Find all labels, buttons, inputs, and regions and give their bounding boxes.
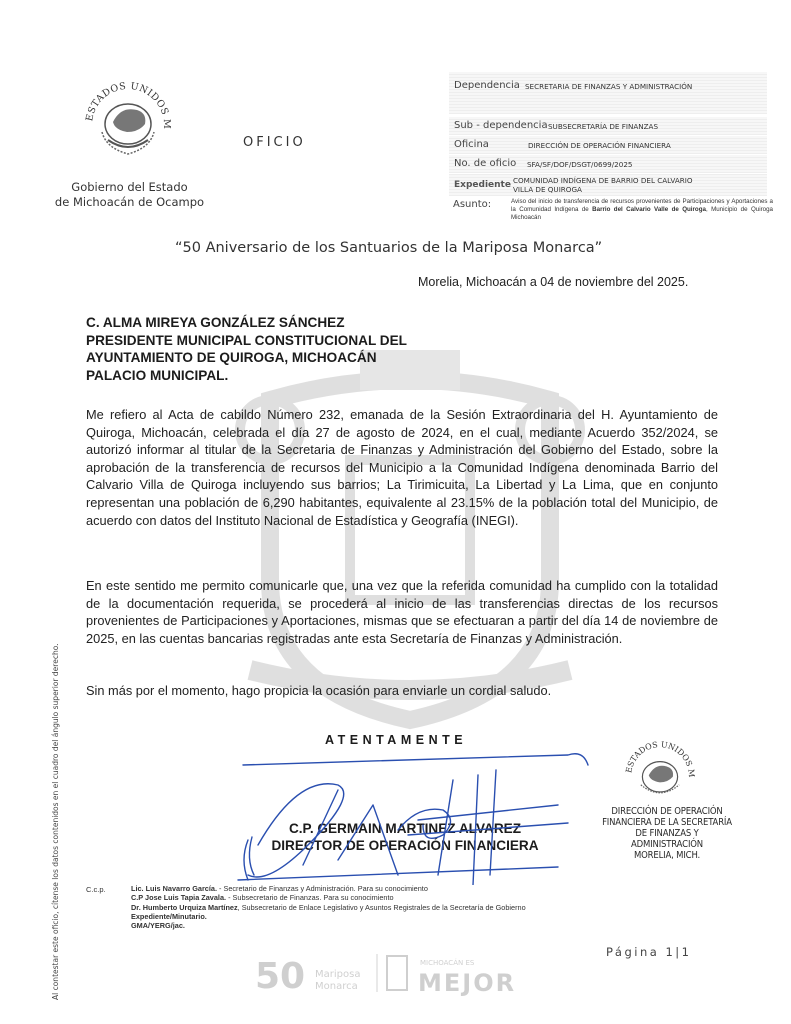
field-subdependencia: Sub - dependencia SUBSECRETARÍA DE FINAN… [449, 117, 767, 135]
dependencia-value: SECRETARIA DE FINANZAS Y ADMINISTRACIÓN [525, 82, 692, 91]
document-type: OFICIO [243, 135, 306, 150]
svg-text:MICHOACÁN ES: MICHOACÁN ES [420, 958, 475, 967]
government-name-line2: de Michoacán de Ocampo [42, 195, 217, 210]
ccp-entry: Lic. Luis Navarro García. - Secretario d… [131, 884, 526, 893]
ccp-name: Dr. Humberto Urquiza Martínez [131, 903, 238, 912]
ccp-name: GMA/YERG/jac. [131, 921, 185, 930]
oficina-value: DIRECCIÓN DE OPERACIÓN FINANCIERA [528, 141, 671, 150]
body-paragraph-3: Sin más por el momento, hago propicia la… [86, 682, 718, 700]
ccp-label: C.c.p. [86, 885, 106, 894]
field-dependencia: Dependencia SECRETARIA DE FINANZAS Y ADM… [449, 72, 767, 114]
field-oficina: Oficina DIRECCIÓN DE OPERACIÓN FINANCIER… [449, 136, 767, 154]
expediente-label: Expediente [454, 180, 511, 190]
ccp-entry: Expediente/Minutario. [131, 912, 526, 921]
asunto-value: Aviso del inicio de transferencia de rec… [511, 198, 773, 222]
government-name: Gobierno del Estado de Michoacán de Ocam… [42, 180, 217, 210]
ccp-entry: GMA/YERG/jac. [131, 921, 526, 930]
expediente-value-line1: COMUNIDAD INDÍGENA DE BARRIO DEL CALVARI… [513, 176, 693, 185]
footer-logos: 50 Mariposa Monarca MICHOACÁN ES MEJOR [255, 950, 555, 996]
place-date: Morelia, Michoacán a 04 de noviembre del… [418, 275, 688, 289]
stamp-line3: DE FINANZAS Y ADMINISTRACIÓN [599, 828, 735, 850]
no-oficio-value: SFA/SF/DOF/DSGT/0699/2025 [527, 160, 632, 169]
addressee-location: PALACIO MUNICIPAL. [86, 367, 407, 385]
handwritten-signature [228, 735, 598, 885]
ccp-entry: C.P Jose Luis Tapia Zavala. - Subsecreta… [131, 893, 526, 902]
addressee-title: PRESIDENTE MUNICIPAL CONSTITUCIONAL DEL [86, 332, 407, 350]
svg-text:Monarca: Monarca [315, 981, 358, 992]
stamp-line4: MORELIA, MICH. [599, 850, 735, 861]
motto: “50 Aniversario de los Santuarios de la … [175, 240, 602, 256]
body-paragraph-2: En este sentido me permito comunicarle q… [86, 577, 718, 647]
dependencia-label: Dependencia [454, 80, 520, 91]
ccp-list: Lic. Luis Navarro García. - Secretario d… [131, 884, 526, 930]
body-paragraph-1: Me refiero al Acta de cabildo Número 232… [86, 406, 718, 529]
ccp-name: Lic. Luis Navarro García. [131, 884, 217, 893]
svg-text:Mariposa: Mariposa [315, 969, 360, 980]
michoacan-es-mejor-logo-icon: MICHOACÁN ES MEJOR [387, 956, 516, 996]
government-name-line1: Gobierno del Estado [42, 180, 217, 195]
ccp-text: - Subsecretario de Finanzas. Para su con… [226, 893, 394, 902]
page-number: Página 1|1 [606, 945, 691, 959]
asunto-label: Asunto: [453, 199, 491, 210]
oficina-label: Oficina [454, 139, 489, 150]
field-expediente: Expediente COMUNIDAD INDÍGENA DE BARRIO … [449, 174, 767, 196]
coat-of-arms-mexico-icon: ESTADOS UNIDOS MEXICANOS [78, 70, 178, 170]
ccp-name: Expediente/Minutario. [131, 912, 207, 921]
asunto-bold-text: Barrio del Calvario Valle de Quiroga [592, 206, 706, 213]
svg-text:50: 50 [255, 956, 305, 996]
subdependencia-value: SUBSECRETARÍA DE FINANZAS [548, 122, 658, 131]
addressee-institution: AYUNTAMIENTO DE QUIROGA, MICHOACÁN [86, 349, 407, 367]
reply-instruction-note: Al contestar este oficio, cítense los da… [51, 643, 60, 1000]
field-no-oficio: No. de oficio SFA/SF/DOF/DSGT/0699/2025 [449, 155, 767, 173]
ccp-entry: Dr. Humberto Urquiza Martínez, Subsecret… [131, 903, 526, 912]
stamp-line1: DIRECCIÓN DE OPERACIÓN [599, 806, 735, 817]
ccp-text: - Secretario de Finanzas y Administració… [217, 884, 428, 893]
svg-text:MEJOR: MEJOR [418, 969, 516, 996]
addressee-block: C. ALMA MIREYA GONZÁLEZ SÁNCHEZ PRESIDEN… [86, 314, 407, 384]
addressee-name: C. ALMA MIREYA GONZÁLEZ SÁNCHEZ [86, 314, 407, 332]
stamp-line2: FINANCIERA DE LA SECRETARÍA [599, 817, 735, 828]
ccp-name: C.P Jose Luis Tapia Zavala. [131, 893, 226, 902]
mariposa-monarca-logo-icon: 50 Mariposa Monarca [255, 956, 360, 996]
official-stamp-seal-icon: ESTADOS UNIDOS MEXICANOS [620, 732, 700, 812]
official-stamp-text: DIRECCIÓN DE OPERACIÓN FINANCIERA DE LA … [599, 806, 735, 861]
ccp-text: , Subsecretario de Enlace Legislativo y … [238, 903, 526, 912]
expediente-value-line2: VILLA DE QUIROGA [513, 185, 582, 194]
no-oficio-label: No. de oficio [454, 158, 516, 169]
subdependencia-label: Sub - dependencia [454, 120, 548, 131]
state-coat-of-arms-watermark-icon [210, 340, 610, 740]
